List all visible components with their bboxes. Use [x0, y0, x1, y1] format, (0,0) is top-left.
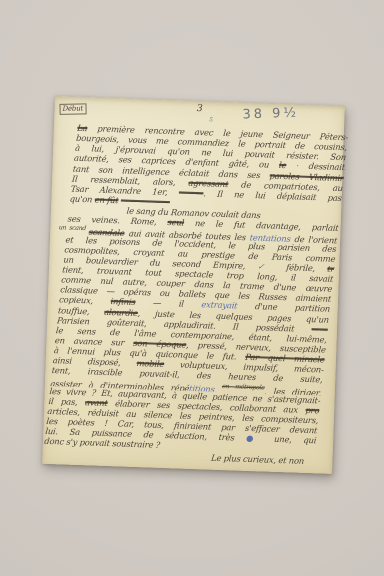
struck-text: infinis: [110, 296, 136, 307]
struck-text: en fût: [94, 194, 119, 205]
page-number: 3: [196, 103, 202, 114]
struck-text: avant: [85, 397, 109, 408]
interlinear-insertion: un scand: [58, 225, 89, 233]
photo-background: Début 3 s 38 9½ La première rencontre av…: [0, 0, 384, 576]
pencil-tick-mark: s: [208, 114, 214, 124]
handwriting-text: une, qui: [262, 434, 317, 446]
struck-text: ———: [178, 187, 204, 198]
manuscript-lines: La première rencontre avec le jeune Seig…: [43, 123, 349, 466]
manuscript-paper: Début 3 s 38 9½ La première rencontre av…: [42, 96, 345, 474]
interlinear-insertion: en métropole: [222, 383, 265, 391]
struck-text: seul: [167, 217, 185, 228]
blue-pencil-mark: ✓: [257, 261, 275, 272]
struck-text: pro: [305, 405, 320, 415]
pencil-number: 38 9½: [242, 106, 299, 123]
struck-text: ——: [311, 324, 328, 335]
margin-note: Début: [59, 103, 86, 114]
struck-text: tr: [327, 263, 335, 273]
handwriting-text: Le plus curieux, et non: [211, 452, 305, 465]
blue-pencil-mark: ●: [246, 433, 263, 444]
handwriting-text: qu'on: [69, 194, 95, 205]
